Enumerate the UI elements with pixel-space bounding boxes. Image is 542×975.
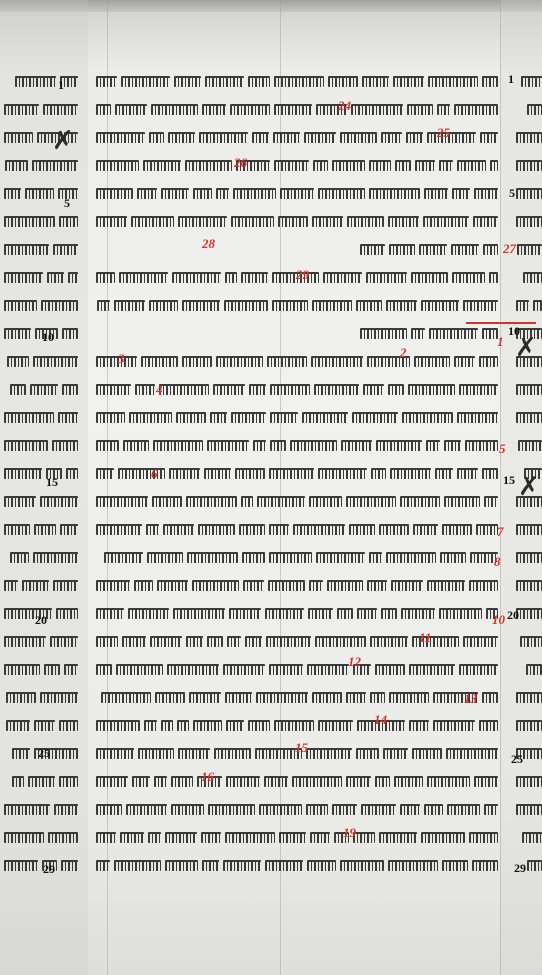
ink-word <box>214 748 251 759</box>
ink-word <box>62 328 78 339</box>
ink-word <box>34 524 56 535</box>
ink-word <box>64 664 78 675</box>
ink-word <box>388 860 438 871</box>
ink-word <box>444 440 461 451</box>
text-line <box>92 242 498 255</box>
ink-word <box>309 580 323 591</box>
line-number-left-margin: 29 <box>43 862 55 877</box>
ink-word <box>427 776 470 787</box>
ink-word <box>15 76 56 87</box>
ink-word <box>440 552 466 563</box>
ink-word <box>235 468 265 479</box>
ink-word <box>267 356 306 367</box>
neighbor-text-line <box>0 522 78 535</box>
line-number-left-margin: 25 <box>38 746 50 761</box>
ink-word <box>482 468 498 479</box>
neighbor-text-line <box>0 102 78 115</box>
ink-word <box>427 580 466 591</box>
neighbor-text-line <box>512 830 542 843</box>
ink-word <box>383 748 408 759</box>
ink-word <box>369 552 382 563</box>
red-annotation-number: 26 <box>234 155 247 171</box>
ink-word <box>516 776 542 787</box>
neighbor-text-line <box>512 522 542 535</box>
ink-word <box>412 748 442 759</box>
ink-word <box>30 384 58 395</box>
ink-word <box>369 188 420 199</box>
text-line <box>92 410 498 423</box>
ink-word <box>413 524 438 535</box>
ink-word <box>12 748 30 759</box>
ink-word <box>474 188 498 199</box>
ink-word <box>314 384 359 395</box>
line-number-right-margin: 20 <box>507 608 519 623</box>
red-annotation-number: 6 <box>151 466 158 482</box>
ink-word <box>56 608 78 619</box>
ink-word <box>371 468 387 479</box>
neighbor-text-line <box>512 662 542 675</box>
ink-word <box>270 412 298 423</box>
red-annotation-number: 27 <box>503 241 516 257</box>
ink-word <box>248 720 269 731</box>
ink-word <box>178 748 210 759</box>
ink-word <box>96 664 112 675</box>
ink-word <box>306 804 328 815</box>
ink-word <box>369 160 391 171</box>
neighbor-text-line <box>512 410 542 423</box>
ink-word <box>389 692 429 703</box>
ink-word <box>22 580 49 591</box>
ink-word <box>463 300 498 311</box>
ink-word <box>266 636 311 647</box>
text-line <box>92 550 498 563</box>
ink-word <box>308 608 333 619</box>
line-number-right-margin: 15 <box>503 473 515 488</box>
ink-word <box>185 160 233 171</box>
text-line <box>92 214 498 227</box>
ink-word <box>4 412 54 423</box>
ink-word <box>6 692 36 703</box>
red-annotation-number: 2 <box>400 345 407 361</box>
ink-word <box>310 832 330 843</box>
ink-word <box>4 104 39 115</box>
ink-word <box>474 776 498 787</box>
ink-word <box>386 300 417 311</box>
ink-word <box>264 776 288 787</box>
ink-word <box>131 216 174 227</box>
ink-word <box>44 664 60 675</box>
ink-word <box>327 580 362 591</box>
ink-word <box>119 272 168 283</box>
text-line <box>92 634 498 647</box>
ink-word <box>379 524 410 535</box>
ink-word <box>395 160 411 171</box>
ink-word <box>116 664 163 675</box>
x-mark-icon: ✗ <box>52 128 74 154</box>
neighbor-text-line <box>512 634 542 647</box>
ink-word <box>435 468 453 479</box>
ink-word <box>360 244 385 255</box>
ink-word <box>482 328 498 339</box>
text-line <box>92 186 498 199</box>
text-line <box>92 270 498 283</box>
ink-word <box>274 104 313 115</box>
ink-word <box>479 720 498 731</box>
ink-word <box>223 664 265 675</box>
ink-word <box>61 860 78 871</box>
ink-word <box>306 748 352 759</box>
ink-word <box>526 664 542 675</box>
ink-word <box>231 412 266 423</box>
ink-word <box>465 440 498 451</box>
ink-word <box>226 720 244 731</box>
ink-word <box>411 272 447 283</box>
ink-word <box>391 580 422 591</box>
ink-word <box>128 608 170 619</box>
ink-word <box>268 580 305 591</box>
text-line <box>92 858 498 871</box>
ink-word <box>312 216 343 227</box>
ink-word <box>516 132 542 143</box>
ink-word <box>318 720 353 731</box>
ink-word <box>315 636 366 647</box>
ink-word <box>304 132 336 143</box>
ink-word <box>278 216 309 227</box>
text-line <box>92 690 498 703</box>
ink-word <box>370 692 385 703</box>
ink-word <box>122 636 146 647</box>
ink-word <box>353 832 375 843</box>
ink-word <box>174 76 201 87</box>
ink-word <box>50 636 78 647</box>
red-annotation-number: 19 <box>343 825 356 841</box>
ink-word <box>376 440 422 451</box>
ink-word <box>290 440 337 451</box>
text-line <box>92 662 498 675</box>
ink-word <box>150 636 181 647</box>
ink-word <box>265 860 303 871</box>
ink-word <box>4 860 38 871</box>
neighbor-text-line <box>0 298 78 311</box>
ink-word <box>409 664 454 675</box>
ink-word <box>172 272 221 283</box>
ink-word <box>274 160 309 171</box>
ink-word <box>10 384 25 395</box>
ink-word <box>516 160 542 171</box>
ink-word <box>33 552 78 563</box>
ink-word <box>12 776 24 787</box>
ink-word <box>269 552 312 563</box>
ink-word <box>135 384 155 395</box>
ink-word <box>143 160 181 171</box>
ink-word <box>424 188 448 199</box>
ink-word <box>341 440 372 451</box>
x-mark-icon: ✗ <box>515 335 537 361</box>
ink-word <box>402 412 453 423</box>
ink-word <box>205 76 243 87</box>
ink-word <box>516 552 542 563</box>
line-number-right-margin: 1 <box>508 72 514 87</box>
ink-word <box>388 384 404 395</box>
ink-word <box>437 104 450 115</box>
ink-word <box>101 692 151 703</box>
text-line <box>92 578 498 591</box>
ink-word <box>4 524 30 535</box>
ink-word <box>469 832 498 843</box>
ink-word <box>375 664 405 675</box>
ink-word <box>152 496 183 507</box>
ink-word <box>168 132 196 143</box>
ink-word <box>225 272 238 283</box>
ink-word <box>243 580 264 591</box>
ink-word <box>318 468 367 479</box>
ink-word <box>400 804 420 815</box>
ink-word <box>204 468 232 479</box>
neighbor-text-line <box>0 158 78 171</box>
ink-word <box>96 76 117 87</box>
neighbor-text-line <box>512 242 542 255</box>
ink-word <box>153 440 203 451</box>
ink-word <box>516 524 542 535</box>
neighbor-text-line <box>0 270 78 283</box>
ink-word <box>428 76 478 87</box>
ink-word <box>386 552 437 563</box>
ink-word <box>96 720 140 731</box>
ink-word <box>375 776 390 787</box>
ink-word <box>4 188 21 199</box>
neighbor-text-line <box>512 186 542 199</box>
ink-word <box>269 468 313 479</box>
red-annotation-number: 4 <box>156 382 163 398</box>
ink-word <box>4 804 50 815</box>
ink-word <box>452 188 470 199</box>
red-annotation-number: 28 <box>202 236 215 252</box>
ink-word <box>96 524 142 535</box>
ink-word <box>400 496 441 507</box>
ink-word <box>337 608 353 619</box>
ink-word <box>4 440 48 451</box>
ink-word <box>241 272 267 283</box>
ink-word <box>293 524 345 535</box>
ink-word <box>516 608 542 619</box>
ink-word <box>516 692 542 703</box>
ink-word <box>280 188 315 199</box>
ink-word <box>96 580 130 591</box>
ink-word <box>370 636 408 647</box>
ink-word <box>347 216 383 227</box>
neighbor-text-line <box>512 802 542 815</box>
ink-word <box>178 216 226 227</box>
ink-word <box>482 692 498 703</box>
ink-word <box>323 272 362 283</box>
red-annotation-number: 1 <box>497 334 504 350</box>
ink-word <box>149 132 164 143</box>
ink-word <box>173 608 224 619</box>
ink-word <box>40 496 78 507</box>
ink-word <box>393 76 424 87</box>
ink-word <box>4 496 36 507</box>
ink-word <box>6 720 30 731</box>
ink-word <box>269 524 290 535</box>
ink-word <box>439 160 453 171</box>
ink-word <box>442 860 467 871</box>
ink-word <box>253 440 265 451</box>
ink-word <box>171 776 193 787</box>
ink-word <box>520 636 542 647</box>
ink-word <box>96 832 116 843</box>
ink-word <box>357 608 377 619</box>
ink-word <box>233 188 276 199</box>
ink-word <box>523 272 542 283</box>
ink-word <box>414 356 450 367</box>
ink-word <box>459 384 498 395</box>
ink-word <box>446 748 498 759</box>
ink-word <box>147 552 183 563</box>
ink-word <box>43 104 78 115</box>
ink-word <box>484 496 498 507</box>
ink-word <box>192 580 239 591</box>
text-line <box>92 606 498 619</box>
ink-word <box>149 300 178 311</box>
ink-word <box>155 692 185 703</box>
ink-word <box>138 748 173 759</box>
ink-word <box>163 524 194 535</box>
ink-word <box>274 720 314 731</box>
ink-word <box>96 636 118 647</box>
ink-word <box>169 468 199 479</box>
ink-word <box>313 160 328 171</box>
ink-word <box>521 76 542 87</box>
ink-word <box>134 580 153 591</box>
ink-word <box>208 804 255 815</box>
ink-word <box>433 720 475 731</box>
ink-word <box>312 692 342 703</box>
text-line <box>92 494 498 507</box>
ink-word <box>356 748 379 759</box>
neighbor-text-line <box>512 102 542 115</box>
ink-word <box>225 692 252 703</box>
ink-word <box>415 160 435 171</box>
line-number-left-margin: 5 <box>64 196 70 211</box>
ink-word <box>516 412 542 423</box>
ink-word <box>361 804 396 815</box>
ink-word <box>216 356 264 367</box>
ink-word <box>182 356 211 367</box>
ink-word <box>230 104 270 115</box>
neighbor-text-line <box>512 578 542 591</box>
ink-word <box>340 132 377 143</box>
neighbor-text-line <box>512 130 542 143</box>
ink-word <box>4 832 44 843</box>
text-line <box>92 158 498 171</box>
ink-word <box>161 188 189 199</box>
red-annotation-number: 7 <box>497 524 504 540</box>
ink-word <box>129 412 171 423</box>
ink-word <box>4 580 18 591</box>
ink-word <box>96 104 111 115</box>
ink-word <box>265 608 304 619</box>
ink-word <box>239 524 265 535</box>
ink-word <box>121 76 170 87</box>
neighbor-text-line <box>0 74 78 87</box>
ink-word <box>40 692 78 703</box>
ink-word <box>522 832 542 843</box>
neighbor-text-line <box>512 382 542 395</box>
ink-word <box>427 132 476 143</box>
ink-word <box>489 272 498 283</box>
ink-word <box>381 132 402 143</box>
ink-word <box>47 272 64 283</box>
ink-word <box>483 244 498 255</box>
ink-word <box>137 188 157 199</box>
ink-word <box>53 244 78 255</box>
ink-word <box>223 860 261 871</box>
ink-word <box>132 776 150 787</box>
ink-word <box>459 664 498 675</box>
ink-word <box>176 412 206 423</box>
ink-word <box>241 496 254 507</box>
ink-word <box>406 132 423 143</box>
ink-word <box>270 384 310 395</box>
ink-word <box>360 328 407 339</box>
line-number-left-margin: 10 <box>42 330 54 345</box>
ink-word <box>270 440 286 451</box>
ink-word <box>189 692 221 703</box>
ink-word <box>516 188 542 199</box>
ink-word <box>390 468 431 479</box>
neighbor-text-line <box>512 690 542 703</box>
ink-word <box>96 468 113 479</box>
ink-word <box>165 860 198 871</box>
ink-word <box>518 440 542 451</box>
text-line <box>92 718 498 731</box>
ink-word <box>473 216 498 227</box>
ink-word <box>4 328 31 339</box>
ink-word <box>517 244 542 255</box>
ink-word <box>346 776 371 787</box>
ink-word <box>309 496 342 507</box>
ink-word <box>367 580 388 591</box>
ink-word <box>115 104 147 115</box>
ink-word <box>96 132 145 143</box>
line-number-left-margin: 20 <box>35 613 47 628</box>
ink-word <box>96 160 139 171</box>
neighbor-text-line <box>512 298 542 311</box>
ink-word <box>213 384 246 395</box>
ink-word <box>96 804 122 815</box>
ink-word <box>207 440 250 451</box>
ink-word <box>96 608 124 619</box>
adjacent-column-left <box>0 0 88 975</box>
neighbor-text-line <box>0 438 78 451</box>
ink-word <box>424 804 443 815</box>
text-line <box>92 830 498 843</box>
neighbor-text-line <box>512 550 542 563</box>
ink-word <box>409 720 429 731</box>
ink-word <box>118 468 166 479</box>
ink-word <box>96 188 133 199</box>
ink-word <box>52 440 78 451</box>
ink-word <box>62 384 78 395</box>
ink-word <box>193 720 223 731</box>
ink-word <box>307 860 335 871</box>
ink-word <box>34 720 55 731</box>
ink-word <box>96 748 134 759</box>
ink-word <box>362 76 389 87</box>
ink-word <box>274 76 324 87</box>
neighbor-text-line <box>512 774 542 787</box>
neighbor-text-line <box>0 774 78 787</box>
